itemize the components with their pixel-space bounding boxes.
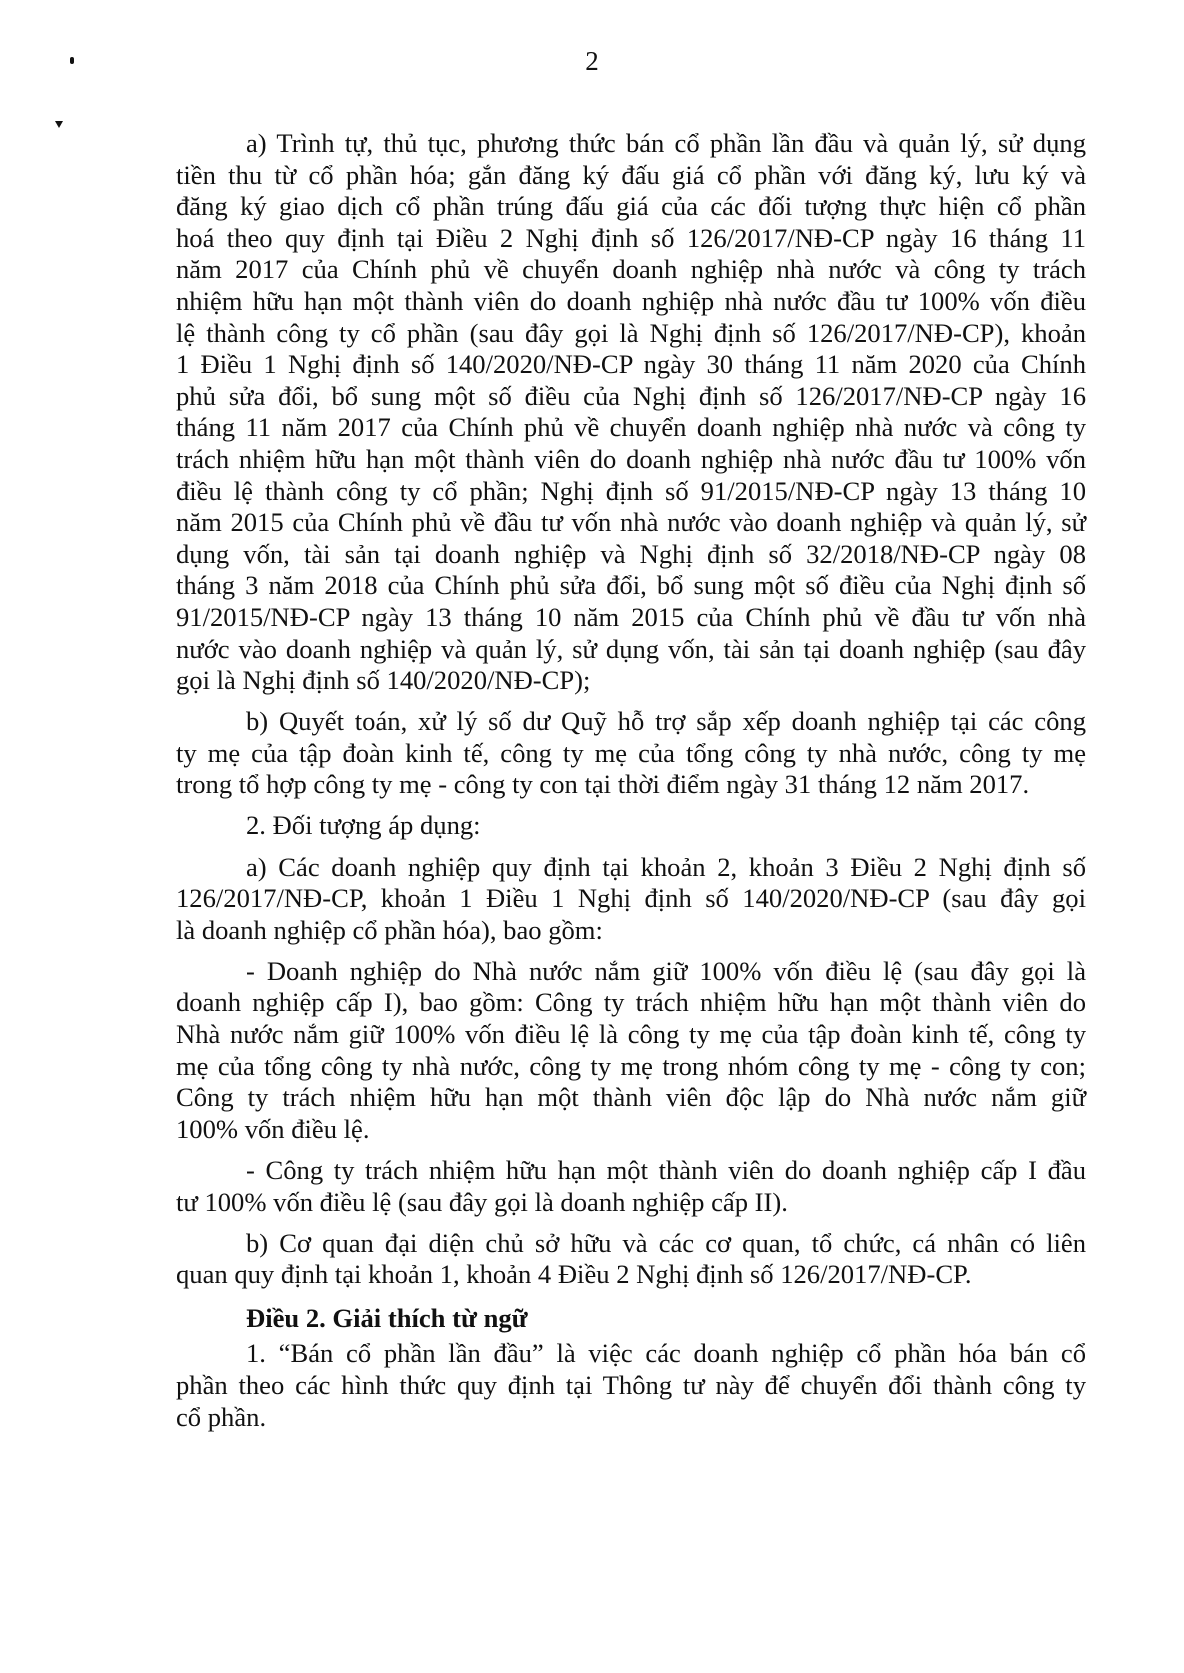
text-line: tháng 3 năm 2018 của Chính phủ sửa đổi, … [176, 570, 1086, 602]
text-line: Công ty trách nhiệm hữu hạn một thành vi… [176, 1082, 1086, 1114]
text-line: ty mẹ của tập đoàn kinh tế, công ty mẹ c… [176, 738, 1086, 770]
text-line: lệ thành công ty cổ phần (sau đây gọi là… [176, 318, 1086, 350]
text-line: tư 100% vốn điều lệ (sau đây gọi là doan… [176, 1187, 1086, 1219]
text-line: dụng vốn, tài sản tại doanh nghiệp và Ng… [176, 539, 1086, 571]
heading-text: Điều 2. Giải thích từ ngữ [176, 1303, 1086, 1335]
text-line: nước vào doanh nghiệp và quản lý, sử dụn… [176, 634, 1086, 666]
text-line: nhiệm hữu hạn một thành viên do doanh ng… [176, 286, 1086, 318]
paragraph-level-1-enterprise: - Doanh nghiệp do Nhà nước nắm giữ 100% … [176, 956, 1086, 1146]
paragraph-scope-b: b) Quyết toán, xử lý số dư Quỹ hỗ trợ sắ… [176, 706, 1086, 801]
text-line: điều lệ thành công ty cổ phần; Nghị định… [176, 476, 1086, 508]
text-line: b) Quyết toán, xử lý số dư Quỹ hỗ trợ sắ… [176, 706, 1086, 738]
paragraph-definition-1: 1. “Bán cổ phần lần đầu” là việc các doa… [176, 1338, 1086, 1433]
text-line: đăng ký giao dịch cổ phần trúng đấu giá … [176, 191, 1086, 223]
article-2-heading: Điều 2. Giải thích từ ngữ [176, 1303, 1086, 1335]
text-line: b) Cơ quan đại diện chủ sở hữu và các cơ… [176, 1228, 1086, 1260]
text-line: 100% vốn điều lệ. [176, 1114, 1086, 1146]
paragraph-subjects-b: b) Cơ quan đại diện chủ sở hữu và các cơ… [176, 1228, 1086, 1291]
text-line: trong tổ hợp công ty mẹ - công ty con tạ… [176, 769, 1086, 801]
text-line: năm 2015 của Chính phủ về đầu tư vốn nhà… [176, 507, 1086, 539]
text-line: mẹ của tổng công ty nhà nước, công ty mẹ… [176, 1051, 1086, 1083]
scan-artifact-mark [55, 121, 63, 128]
paragraph-level-2-enterprise: - Công ty trách nhiệm hữu hạn một thành … [176, 1155, 1086, 1218]
text-line: tháng 11 năm 2017 của Chính phủ về chuyể… [176, 412, 1086, 444]
paragraph-subjects-heading: 2. Đối tượng áp dụng: [176, 810, 1086, 842]
document-body: a) Trình tự, thủ tục, phương thức bán cổ… [176, 128, 1086, 1443]
text-line: 1. “Bán cổ phần lần đầu” là việc các doa… [176, 1338, 1086, 1370]
text-line: 91/2015/NĐ-CP ngày 13 tháng 10 năm 2015 … [176, 602, 1086, 634]
text-line: năm 2017 của Chính phủ về chuyển doanh n… [176, 254, 1086, 286]
text-line: 2. Đối tượng áp dụng: [176, 810, 1086, 842]
text-line: tiền thu từ cổ phần hóa; gắn đăng ký đấu… [176, 160, 1086, 192]
text-line: 126/2017/NĐ-CP, khoản 1 Điều 1 Nghị định… [176, 883, 1086, 915]
text-line: cổ phần. [176, 1402, 1086, 1434]
text-line: là doanh nghiệp cổ phần hóa), bao gồm: [176, 915, 1086, 947]
text-line: - Doanh nghiệp do Nhà nước nắm giữ 100% … [176, 956, 1086, 988]
text-line: Nhà nước nắm giữ 100% vốn điều lệ là côn… [176, 1019, 1086, 1051]
text-line: a) Trình tự, thủ tục, phương thức bán cổ… [176, 128, 1086, 160]
text-line: phần theo các hình thức quy định tại Thô… [176, 1370, 1086, 1402]
text-line: quan quy định tại khoản 1, khoản 4 Điều … [176, 1259, 1086, 1291]
text-line: - Công ty trách nhiệm hữu hạn một thành … [176, 1155, 1086, 1187]
text-line: 1 Điều 1 Nghị định số 140/2020/NĐ-CP ngà… [176, 349, 1086, 381]
text-line: phủ sửa đổi, bổ sung một số điều của Ngh… [176, 381, 1086, 413]
text-line: gọi là Nghị định số 140/2020/NĐ-CP); [176, 665, 1086, 697]
text-line: trách nhiệm hữu hạn một thành viên do do… [176, 444, 1086, 476]
text-line: doanh nghiệp cấp I), bao gồm: Công ty tr… [176, 987, 1086, 1019]
text-line: a) Các doanh nghiệp quy định tại khoản 2… [176, 852, 1086, 884]
paragraph-subjects-a: a) Các doanh nghiệp quy định tại khoản 2… [176, 852, 1086, 947]
page-number: 2 [0, 46, 1184, 76]
text-line: hoá theo quy định tại Điều 2 Nghị định s… [176, 223, 1086, 255]
paragraph-scope-a: a) Trình tự, thủ tục, phương thức bán cổ… [176, 128, 1086, 697]
